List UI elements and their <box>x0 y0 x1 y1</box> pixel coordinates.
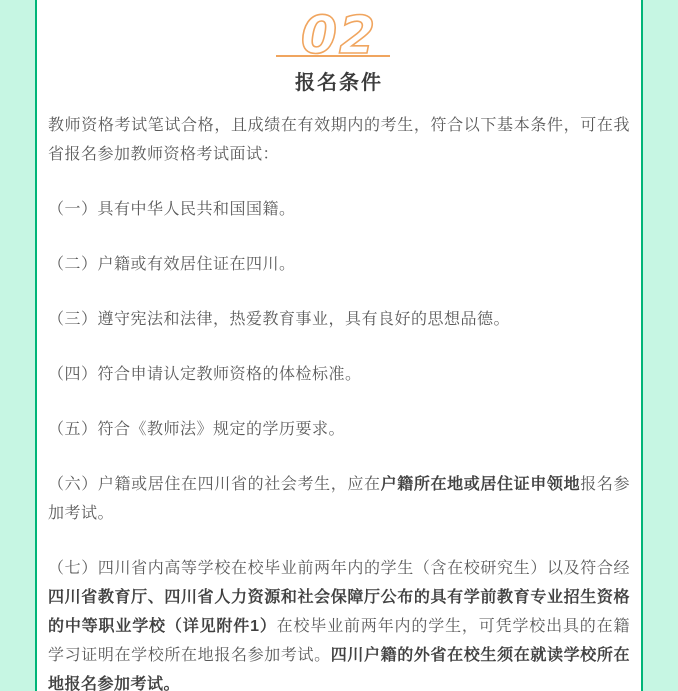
text-segment: （三）遵守宪法和法律，热爱教育事业，具有良好的思想品德。 <box>48 311 510 328</box>
text-segment: （二）户籍或有效居住证在四川。 <box>48 256 296 273</box>
section-number-badge: 02 <box>284 6 394 64</box>
body-paragraph: （六）户籍或居住在四川省的社会考生，应在户籍所在地或居住证申领地报名参加考试。 <box>48 470 630 528</box>
body-paragraph: （七）四川省内高等学校在校毕业前两年内的学生（含在校研究生）以及符合经四川省教育… <box>48 554 630 691</box>
body-paragraph: （一）具有中华人民共和国国籍。 <box>48 195 630 224</box>
body-paragraph: （四）符合申请认定教师资格的体检标准。 <box>48 360 630 389</box>
section-header: 02 报名条件 <box>48 6 630 95</box>
body-paragraph: （五）符合《教师法》规定的学历要求。 <box>48 415 630 444</box>
text-segment: 教师资格考试笔试合格，且成绩在有效期内的考生，符合以下基本条件，可在我省报名参加… <box>48 117 630 163</box>
text-segment: （五）符合《教师法》规定的学历要求。 <box>48 421 345 438</box>
section-number-outline: 02 <box>284 6 394 64</box>
article-section: 02 报名条件 教师资格考试笔试合格，且成绩在有效期内的考生，符合以下基本条件，… <box>0 0 678 691</box>
body-paragraph: 教师资格考试笔试合格，且成绩在有效期内的考生，符合以下基本条件，可在我省报名参加… <box>48 111 630 169</box>
text-segment: （六）户籍或居住在四川省的社会考生，应在 <box>48 476 381 493</box>
text-segment-bold: 户籍所在地或居住证申领地 <box>381 476 581 493</box>
body-paragraph: （二）户籍或有效居住证在四川。 <box>48 250 630 279</box>
body-paragraph: （三）遵守宪法和法律，热爱教育事业，具有良好的思想品德。 <box>48 305 630 334</box>
text-segment: （七）四川省内高等学校在校毕业前两年内的学生（含在校研究生）以及符合经 <box>48 560 630 577</box>
body-paragraphs: 教师资格考试笔试合格，且成绩在有效期内的考生，符合以下基本条件，可在我省报名参加… <box>48 111 630 691</box>
text-segment: （一）具有中华人民共和国国籍。 <box>48 201 296 218</box>
section-title: 报名条件 <box>48 71 630 95</box>
section-number-text: 02 <box>301 6 377 64</box>
content-area: 02 报名条件 教师资格考试笔试合格，且成绩在有效期内的考生，符合以下基本条件，… <box>37 0 641 691</box>
text-segment: （四）符合申请认定教师资格的体检标准。 <box>48 366 362 383</box>
left-green-band <box>0 0 37 691</box>
section-body: 教师资格考试笔试合格，且成绩在有效期内的考生，符合以下基本条件，可在我省报名参加… <box>48 111 630 691</box>
right-green-band <box>641 0 678 691</box>
